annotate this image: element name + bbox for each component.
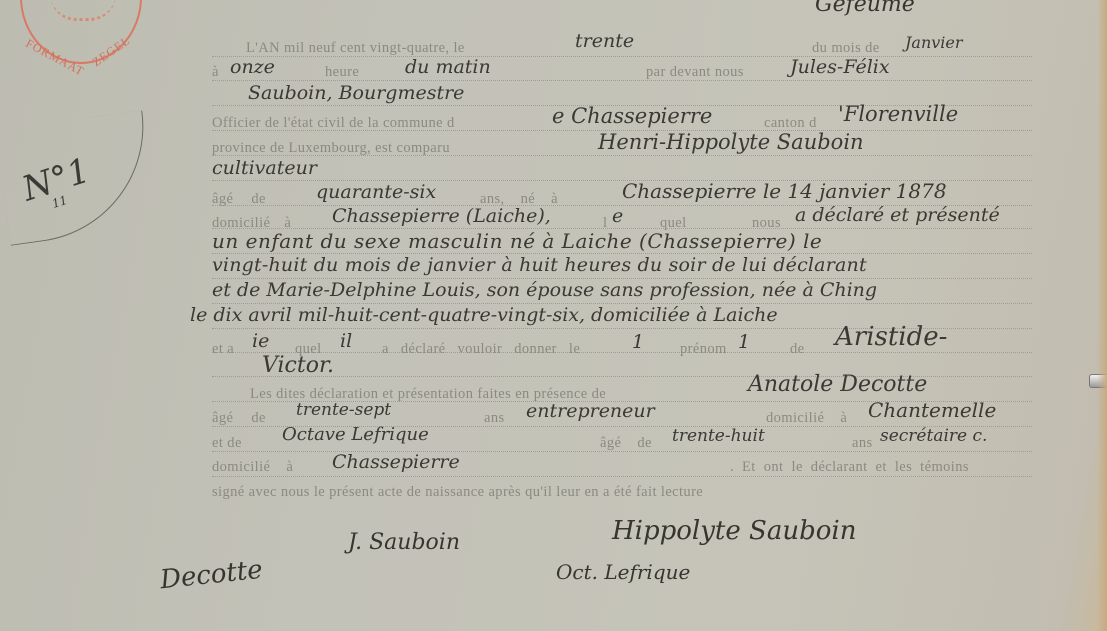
hw-domicile: Chassepierre (Laiche), — [332, 205, 551, 227]
hw-age: quarante-six — [316, 181, 436, 203]
printed-and-of: et de — [212, 435, 242, 457]
printed-witness1-age: âgé de — [212, 410, 266, 432]
printed-a: à — [212, 64, 219, 86]
hw-witness1-age: trente-sept — [296, 400, 391, 420]
printed-witness2-domicile: domicilié à — [212, 459, 293, 481]
printed-witness2-age: âgé de — [600, 435, 652, 457]
hw-hour: onze — [230, 56, 275, 78]
printed-ans: ans — [484, 410, 505, 432]
hw-body-3: et de Marie-Delphine Louis, son épouse s… — [212, 279, 877, 301]
signature-decotte: Decotte — [159, 555, 264, 596]
hw-birthplace: Chassepierre le 14 janvier 1878 — [622, 179, 947, 203]
printed-ans-2: ans — [852, 435, 873, 457]
printed-de: de — [790, 341, 805, 363]
hw-body-2: vingt-huit du mois de janvier à huit heu… — [212, 254, 867, 276]
signature-hippolyte-sauboin: Hippolyte Sauboin — [612, 516, 856, 546]
hw-names-2: Victor. — [262, 353, 334, 378]
hw-canton: 'Florenville — [838, 102, 958, 126]
hw-witness2-domicile: Chassepierre — [332, 451, 460, 473]
hw-pronoun3: il — [340, 330, 352, 352]
printed-before-us: par devant nous — [646, 64, 744, 86]
hw-commune: e Chassepierre — [552, 104, 712, 128]
printed-declarant-witnesses: . Et ont le déclarant et les témoins — [730, 459, 969, 481]
civil-registry-birth-record: FORMAAT ZEGEL N°1 11 Gefeume L'AN mil ne… — [0, 0, 1107, 631]
hw-witness2: Octave Lefrique — [282, 424, 429, 445]
printed-prenom: prénom — [680, 341, 727, 363]
hw-day: trente — [575, 30, 634, 52]
hw-witness2-profession: secrétaire c. — [880, 426, 987, 446]
printed-signed-closing: signé avec nous le présent acte de naiss… — [212, 484, 703, 506]
hw-names-1: Aristide- — [835, 322, 947, 352]
hw-body-4: le dix avril mil-huit-cent-quatre-vingt-… — [190, 304, 778, 326]
hw-pronoun2: ie — [252, 330, 269, 352]
hw-witness1-profession: entrepreneur — [526, 400, 655, 422]
rule-line — [212, 352, 1032, 353]
printed-witness1-domicile: domicilié à — [766, 410, 847, 432]
hw-witness1: Anatole Decotte — [748, 372, 927, 397]
signature-j-sauboin-initial: J. Sauboin — [348, 530, 460, 555]
printed-age-label: âgé de — [212, 191, 266, 213]
printed-declared-give: a déclaré vouloir donner le — [382, 341, 580, 363]
hw-profession: cultivateur — [212, 157, 317, 179]
hw-officer-first: Jules-Félix — [790, 56, 890, 78]
hw-witness2-age: trente-huit — [672, 426, 765, 446]
signature-oct-lefrique: Oct. Lefrique — [556, 560, 690, 584]
hw-declarant: Henri-Hippolyte Sauboin — [598, 130, 864, 154]
header-signature: Gefeume — [815, 0, 915, 17]
hw-hour-suffix: du matin — [405, 56, 491, 78]
printed-and-to: et a — [212, 341, 234, 363]
hw-body-1: un enfant du sexe masculin né à Laiche (… — [212, 229, 822, 253]
hw-declared: a déclaré et présenté — [795, 204, 1000, 226]
hw-month: Janvier — [905, 33, 963, 52]
hw-count2: 1 — [738, 331, 750, 353]
hw-pronoun1: e — [612, 205, 623, 227]
hw-officer-last: Sauboin, Bourgmestre — [248, 82, 464, 104]
page-edge — [1097, 0, 1107, 631]
printed-officer-commune: Officier de l'état civil de la commune d — [212, 115, 455, 137]
hw-witness1-domicile: Chantemelle — [868, 398, 996, 422]
hw-count1: 1 — [632, 331, 644, 353]
